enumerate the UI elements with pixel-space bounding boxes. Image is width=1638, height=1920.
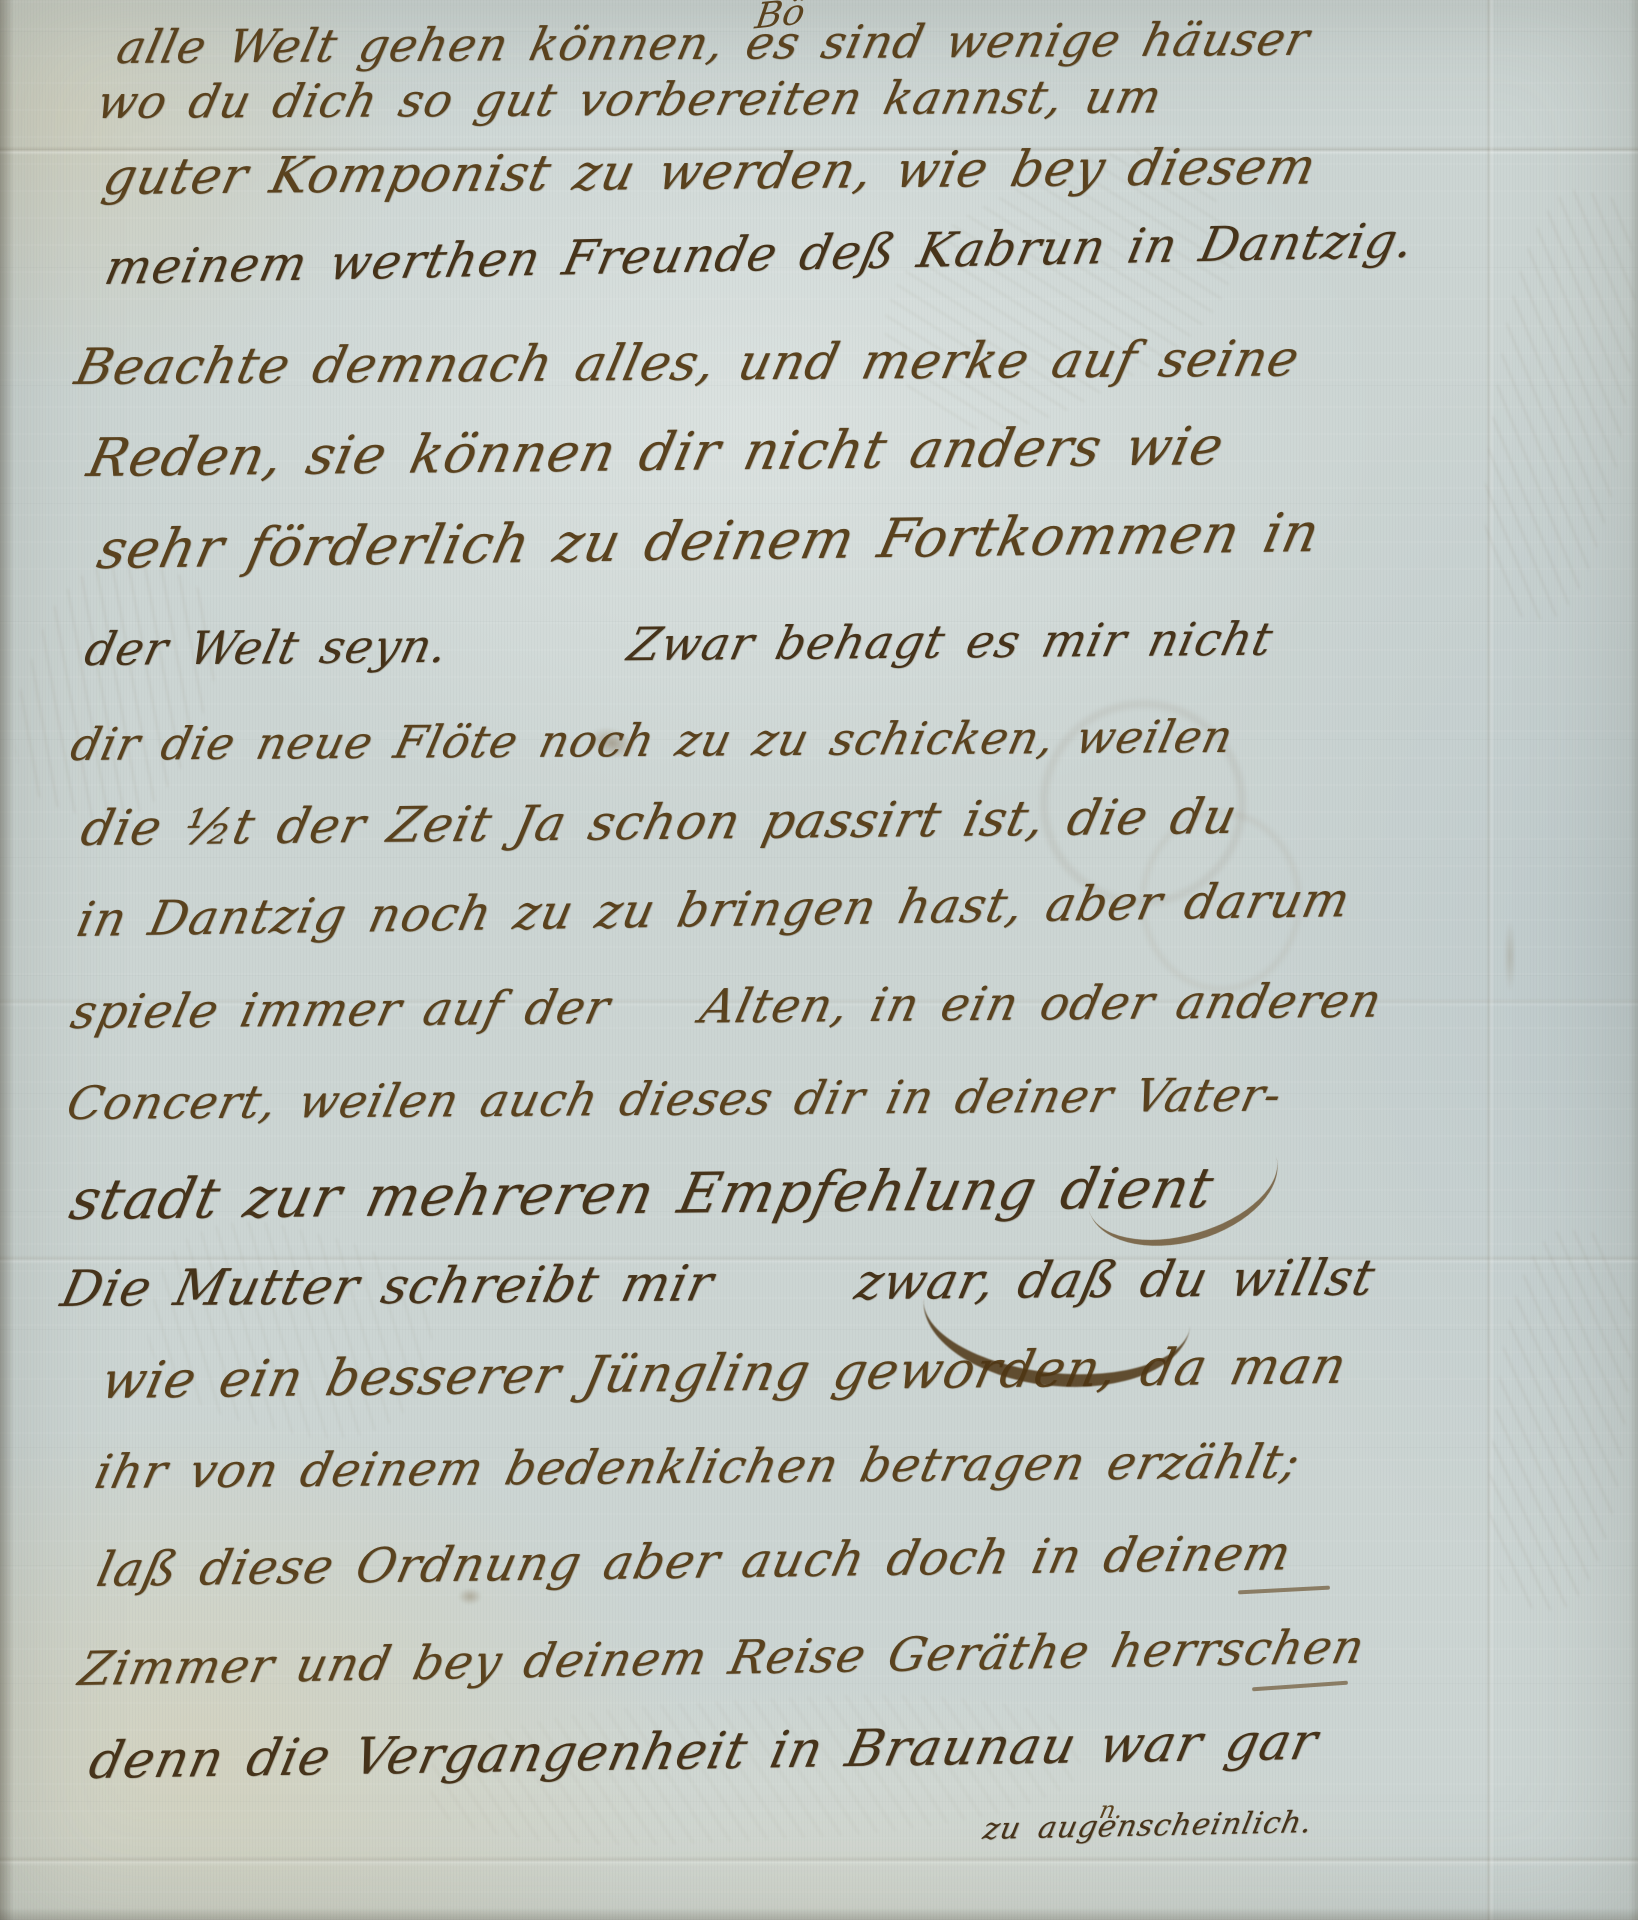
handwriting-line-3: guter Komponist zu werden, wie bey diese… xyxy=(98,137,1322,206)
handwriting-line-1: alle Welt gehen können, es sind wenige h… xyxy=(112,12,1315,74)
handwriting-line-12: spiele immer auf der Alten, in ein oder … xyxy=(66,974,1387,1040)
ink-stain xyxy=(1504,920,1516,992)
handwriting-line-7: sehr förderlich zu deinem Fortkommen in xyxy=(92,501,1326,581)
horizontal-fold-crease xyxy=(0,1856,1638,1865)
handwriting-line-17: ihr von deinem bedenklichen betragen erz… xyxy=(90,1435,1306,1500)
paper-edge-shadow xyxy=(0,1908,1638,1920)
handwriting-line-5: Beachte demnach alles, und merke auf sei… xyxy=(70,329,1305,396)
handwriting-line-6: Reden, sie können dir nicht anders wie xyxy=(82,416,1230,489)
vertical-fold-crease xyxy=(1486,0,1494,1920)
handwriting-line-13: Concert, weilen auch dieses dir in deine… xyxy=(62,1068,1287,1130)
ink-showthrough xyxy=(130,1199,450,1461)
handwriting-line-2: wo du dich so gut vorbereiten kannst, um xyxy=(92,69,1167,129)
pen-swash-dash xyxy=(1252,1681,1348,1692)
letter-page: Bö alle Welt gehen können, es sind wenig… xyxy=(0,0,1638,1920)
ink-showthrough xyxy=(1475,1224,1638,1616)
handwriting-line-14: stadt zur mehreren Empfehlung dient xyxy=(64,1156,1220,1233)
handwriting-line-18: laß diese Ordnung aber auch doch in dein… xyxy=(92,1525,1297,1598)
handwriting-line-9: dir die neue Flöte noch zu zu schicken, … xyxy=(66,710,1239,771)
handwriting-line-8: der Welt seyn. Zwar behagt es mir nicht xyxy=(80,612,1278,676)
handwriting-line-19: Zimmer und bey deinem Reise Geräthe herr… xyxy=(74,1620,1370,1697)
handwriting-line-20: denn die Vergangenheit in Braunau war ga… xyxy=(84,1713,1323,1791)
pen-swash-dash xyxy=(1238,1586,1330,1595)
ink-showthrough xyxy=(0,537,245,843)
handwriting-line-21: zu augenscheinlich. xyxy=(980,1805,1316,1847)
pen-flourish-arc xyxy=(1073,1100,1293,1266)
paper-edge-shadow xyxy=(0,0,14,1920)
